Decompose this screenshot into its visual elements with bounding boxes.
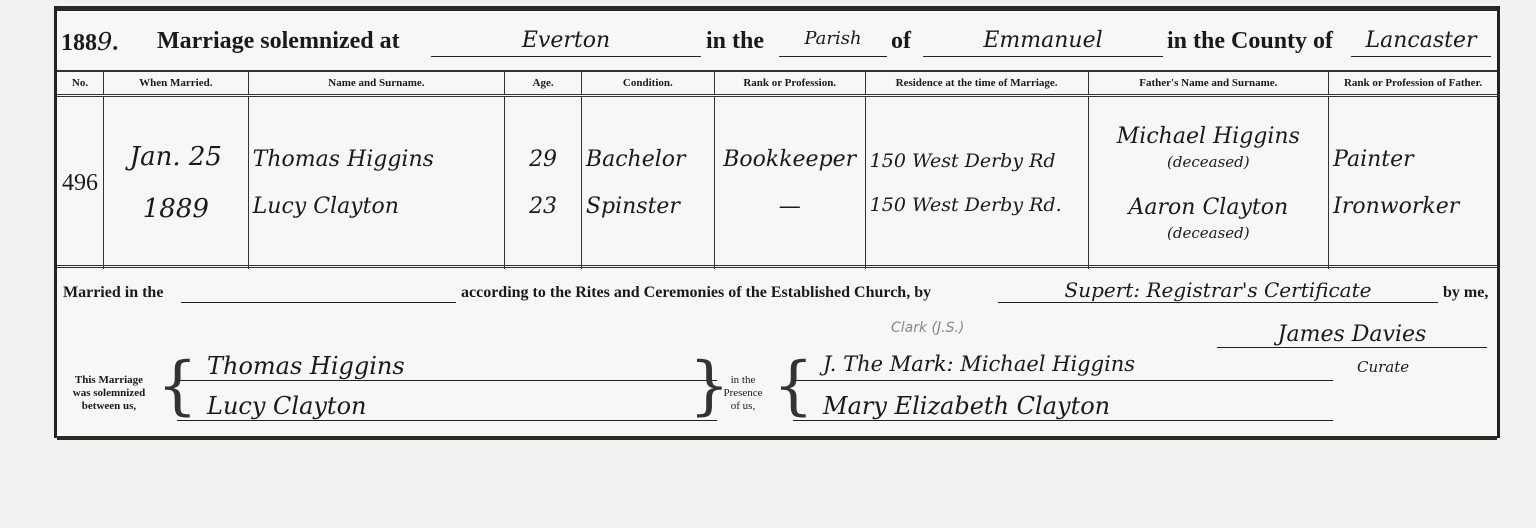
col-name: Name and Surname.: [248, 71, 505, 96]
bride-father-name: Aaron Clayton: [1129, 195, 1289, 220]
district-type-field: Parish: [779, 28, 887, 57]
officiant-signature: James Davies: [1217, 322, 1487, 348]
groom-father-profession: Painter: [1333, 147, 1493, 172]
married-in-field: [181, 278, 456, 303]
bride-age: 23: [529, 194, 557, 219]
col-father-profession: Rank or Profession of Father.: [1329, 71, 1497, 96]
in-the-label: in the: [706, 28, 764, 55]
condition-cell: Bachelor Spinster: [581, 96, 714, 270]
residence-cell: 150 West Derby Rd 150 West Derby Rd.: [865, 96, 1088, 270]
register-heading: 1889. Marriage solemnized at Everton in …: [61, 24, 1487, 64]
groom-residence: 150 West Derby Rd: [870, 150, 1084, 172]
col-no: No.: [57, 71, 103, 96]
top-border: [57, 6, 1497, 11]
date-year: 1889: [143, 194, 209, 224]
father-name-cell: Michael Higgins (deceased) Aaron Clayton…: [1088, 96, 1329, 270]
county-field: Lancaster: [1351, 28, 1491, 57]
presence-label-1: in the: [713, 374, 773, 387]
bride-condition: Spinster: [586, 194, 710, 219]
witness-1-signature: J. The Mark: Michael Higgins: [793, 352, 1333, 381]
bride-name: Lucy Clayton: [253, 194, 501, 219]
place-field: Everton: [431, 28, 701, 57]
year-prefix: 188: [61, 30, 97, 56]
ceremony-line: Married in the according to the Rites an…: [63, 278, 1487, 308]
groom-name: Thomas Higgins: [253, 147, 501, 172]
col-age: Age.: [505, 71, 582, 96]
parish-field: Emmanuel: [923, 28, 1163, 57]
age-cell: 29 23: [505, 96, 582, 270]
rites-text: according to the Rites and Ceremonies of…: [461, 284, 931, 302]
by-field: Supert: Registrar's Certificate: [998, 278, 1438, 303]
table-row: 496 Jan. 25 1889 Thomas Higgins Lucy Cla…: [57, 96, 1497, 270]
between-label-2: was solemnized: [61, 387, 157, 400]
marriage-register-page: 1889. Marriage solemnized at Everton in …: [54, 6, 1500, 438]
groom-profession: Bookkeeper: [723, 147, 856, 172]
officiant-title: Curate: [1357, 358, 1409, 376]
entry-number: 496: [57, 96, 103, 270]
presence-label: in the Presence of us,: [713, 374, 773, 413]
bride-signature: Lucy Clayton: [177, 392, 717, 421]
groom-father-name: Michael Higgins: [1117, 124, 1300, 149]
register-table: No. When Married. Name and Surname. Age.…: [57, 70, 1497, 269]
between-label-3: between us,: [61, 400, 157, 413]
county-label: in the County of: [1167, 28, 1333, 55]
section-divider: [57, 265, 1497, 268]
bride-father-note: (deceased): [1167, 224, 1250, 242]
col-condition: Condition.: [581, 71, 714, 96]
heading-text: Marriage solemnized at: [157, 28, 400, 55]
col-residence: Residence at the time of Marriage.: [865, 71, 1088, 96]
year-suffix: 9: [97, 28, 112, 56]
profession-cell: Bookkeeper —: [714, 96, 865, 270]
date-day: Jan. 25: [130, 142, 222, 172]
bride-residence: 150 West Derby Rd.: [870, 194, 1084, 216]
col-father-name: Father's Name and Surname.: [1088, 71, 1329, 96]
col-when-married: When Married.: [103, 71, 248, 96]
by-me-label: by me,: [1443, 284, 1488, 302]
presence-label-2: Presence: [713, 387, 773, 400]
groom-age: 29: [529, 147, 557, 172]
names-cell: Thomas Higgins Lucy Clayton: [248, 96, 505, 270]
witness-2-signature: Mary Elizabeth Clayton: [793, 392, 1333, 421]
presence-label-3: of us,: [713, 400, 773, 413]
groom-father-note: (deceased): [1167, 153, 1250, 171]
bride-father-profession: Ironworker: [1333, 194, 1493, 219]
married-in-label: Married in the: [63, 284, 163, 302]
bottom-border: [57, 436, 1497, 440]
pencil-annotation: Clark (J.S.): [891, 320, 964, 336]
groom-signature: Thomas Higgins: [177, 352, 717, 381]
when-married-cell: Jan. 25 1889: [103, 96, 248, 270]
header-row: No. When Married. Name and Surname. Age.…: [57, 71, 1497, 96]
groom-condition: Bachelor: [586, 147, 710, 172]
between-label-1: This Marriage: [61, 374, 157, 387]
bride-profession: —: [779, 194, 801, 219]
year: 1889.: [61, 28, 118, 57]
col-profession: Rank or Profession.: [714, 71, 865, 96]
between-us-label: This Marriage was solemnized between us,: [61, 374, 157, 413]
of-label: of: [891, 28, 911, 55]
father-profession-cell: Painter Ironworker: [1329, 96, 1497, 270]
